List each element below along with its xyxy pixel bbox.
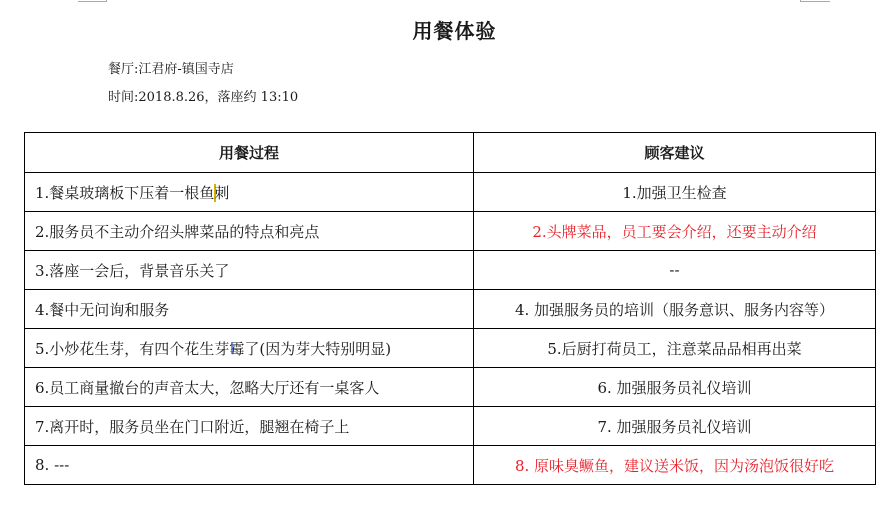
- document-page: 用餐体验 餐厅:江君府-镇国寺店 时间:2018.8.26，落座约 13:10 …: [0, 0, 889, 529]
- table-header-row: 用餐过程 顾客建议: [25, 133, 876, 173]
- header-process: 用餐过程: [25, 133, 474, 173]
- process-cell[interactable]: 4.餐中无问询和服务: [25, 290, 474, 329]
- suggestion-cell[interactable]: 6. 加强服务员礼仪培训: [474, 368, 876, 407]
- restaurant-line: 餐厅:江君府-镇国寺店: [108, 58, 234, 77]
- time-line: 时间:2018.8.26，落座约 13:10: [108, 86, 298, 105]
- experience-table: 用餐过程 顾客建议 1.餐桌玻璃板下压着一根鱼刺 1.加强卫生检查 2.服务员不…: [24, 132, 876, 485]
- suggestion-cell[interactable]: 7. 加强服务员礼仪培训: [474, 407, 876, 446]
- process-text: 5.小炒花生芽，有四个花生芽: [35, 340, 229, 358]
- border-gap-artifact: [263, 330, 278, 333]
- table-row: 8. --- 8. 原味臭鳜鱼，建议送米饭，因为汤泡饭很好吃: [25, 446, 876, 485]
- table-row: 7.离开时，服务员坐在门口附近，腿翘在椅子上 7. 加强服务员礼仪培训: [25, 407, 876, 446]
- document-title: 用餐体验: [0, 15, 889, 44]
- process-text-after: 了(因为芽大特别明显): [244, 340, 391, 358]
- process-cell[interactable]: 6.员工商量撤台的声音太大，忽略大厅还有一桌客人: [25, 368, 474, 407]
- table-row: 6.员工商量撤台的声音太大，忽略大厅还有一桌客人 6. 加强服务员礼仪培训: [25, 368, 876, 407]
- table-row: 4.餐中无问询和服务 4. 加强服务员的培训（服务意识、服务内容等）: [25, 290, 876, 329]
- process-cell[interactable]: 3.落座一会后，背景音乐关了: [25, 251, 474, 290]
- table-row: 2.服务员不主动介绍头牌菜品的特点和亮点 2.头牌菜品，员工要会介绍，还要主动介…: [25, 212, 876, 251]
- process-cell[interactable]: 1.餐桌玻璃板下压着一根鱼刺: [25, 173, 474, 212]
- highlighted-char: 刺: [214, 184, 229, 202]
- header-suggestion: 顾客建议: [474, 133, 876, 173]
- table-row: 3.落座一会后，背景音乐关了 --: [25, 251, 876, 290]
- text-cursor-char: 霉: [229, 340, 244, 358]
- page-corner-mark-right: [800, 0, 830, 2]
- process-cell[interactable]: 7.离开时，服务员坐在门口附近，腿翘在椅子上: [25, 407, 474, 446]
- suggestion-cell[interactable]: 1.加强卫生检查: [474, 173, 876, 212]
- suggestion-cell[interactable]: --: [474, 251, 876, 290]
- suggestion-cell-red[interactable]: 8. 原味臭鳜鱼，建议送米饭，因为汤泡饭很好吃: [474, 446, 876, 485]
- process-cell[interactable]: 5.小炒花生芽，有四个花生芽霉了(因为芽大特别明显): [25, 329, 474, 368]
- page-corner-mark-left: [78, 0, 107, 2]
- table-row: 1.餐桌玻璃板下压着一根鱼刺 1.加强卫生检查: [25, 173, 876, 212]
- suggestion-cell[interactable]: 4. 加强服务员的培训（服务意识、服务内容等）: [474, 290, 876, 329]
- suggestion-cell-red[interactable]: 2.头牌菜品，员工要会介绍，还要主动介绍: [474, 212, 876, 251]
- suggestion-cell[interactable]: 5.后厨打荷员工，注意菜品品相再出菜: [474, 329, 876, 368]
- table-row: 5.小炒花生芽，有四个花生芽霉了(因为芽大特别明显) 5.后厨打荷员工，注意菜品…: [25, 329, 876, 368]
- process-cell[interactable]: 2.服务员不主动介绍头牌菜品的特点和亮点: [25, 212, 474, 251]
- process-cell[interactable]: 8. ---: [25, 446, 474, 485]
- process-text: 1.餐桌玻璃板下压着一根鱼: [35, 184, 214, 202]
